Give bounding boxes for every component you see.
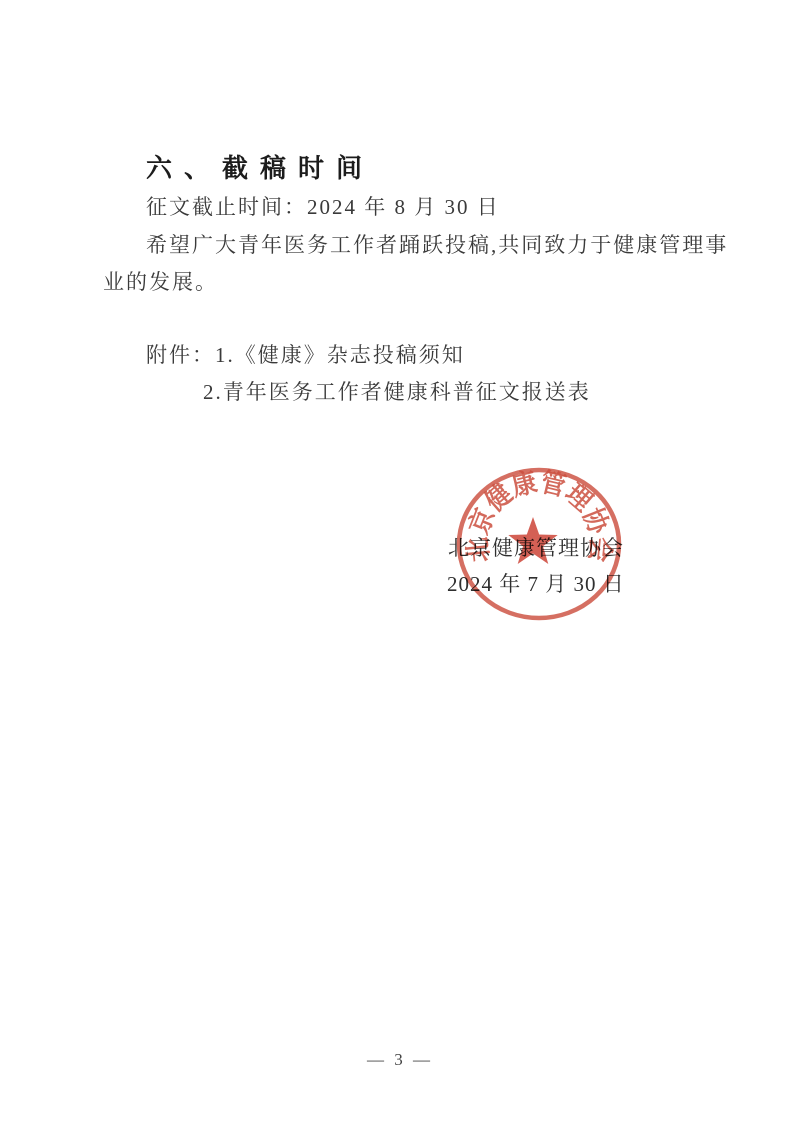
paragraph-line-1: 希望广大青年医务工作者踊跃投稿,共同致力于健康管理事 xyxy=(146,229,728,259)
deadline-line: 征文截止时间：2024 年 8 月 30 日 xyxy=(146,191,500,221)
paragraph-line-2: 业的发展。 xyxy=(103,266,218,296)
official-seal: 北京健康管理协会 xyxy=(0,0,800,1131)
signature-org-name: 北京健康管理协会 xyxy=(448,532,624,562)
section-heading: 六、截稿时间 xyxy=(146,148,374,185)
signature-date: 2024 年 7 月 30 日 xyxy=(447,568,625,598)
document-page: 六、截稿时间 征文截止时间：2024 年 8 月 30 日 希望广大青年医务工作… xyxy=(0,0,800,1131)
attachment-line-2: 2.青年医务工作者健康科普征文报送表 xyxy=(203,376,591,406)
attachment-line-1: 附件：1.《健康》杂志投稿须知 xyxy=(146,339,465,369)
page-number: — 3 — xyxy=(0,1050,800,1070)
